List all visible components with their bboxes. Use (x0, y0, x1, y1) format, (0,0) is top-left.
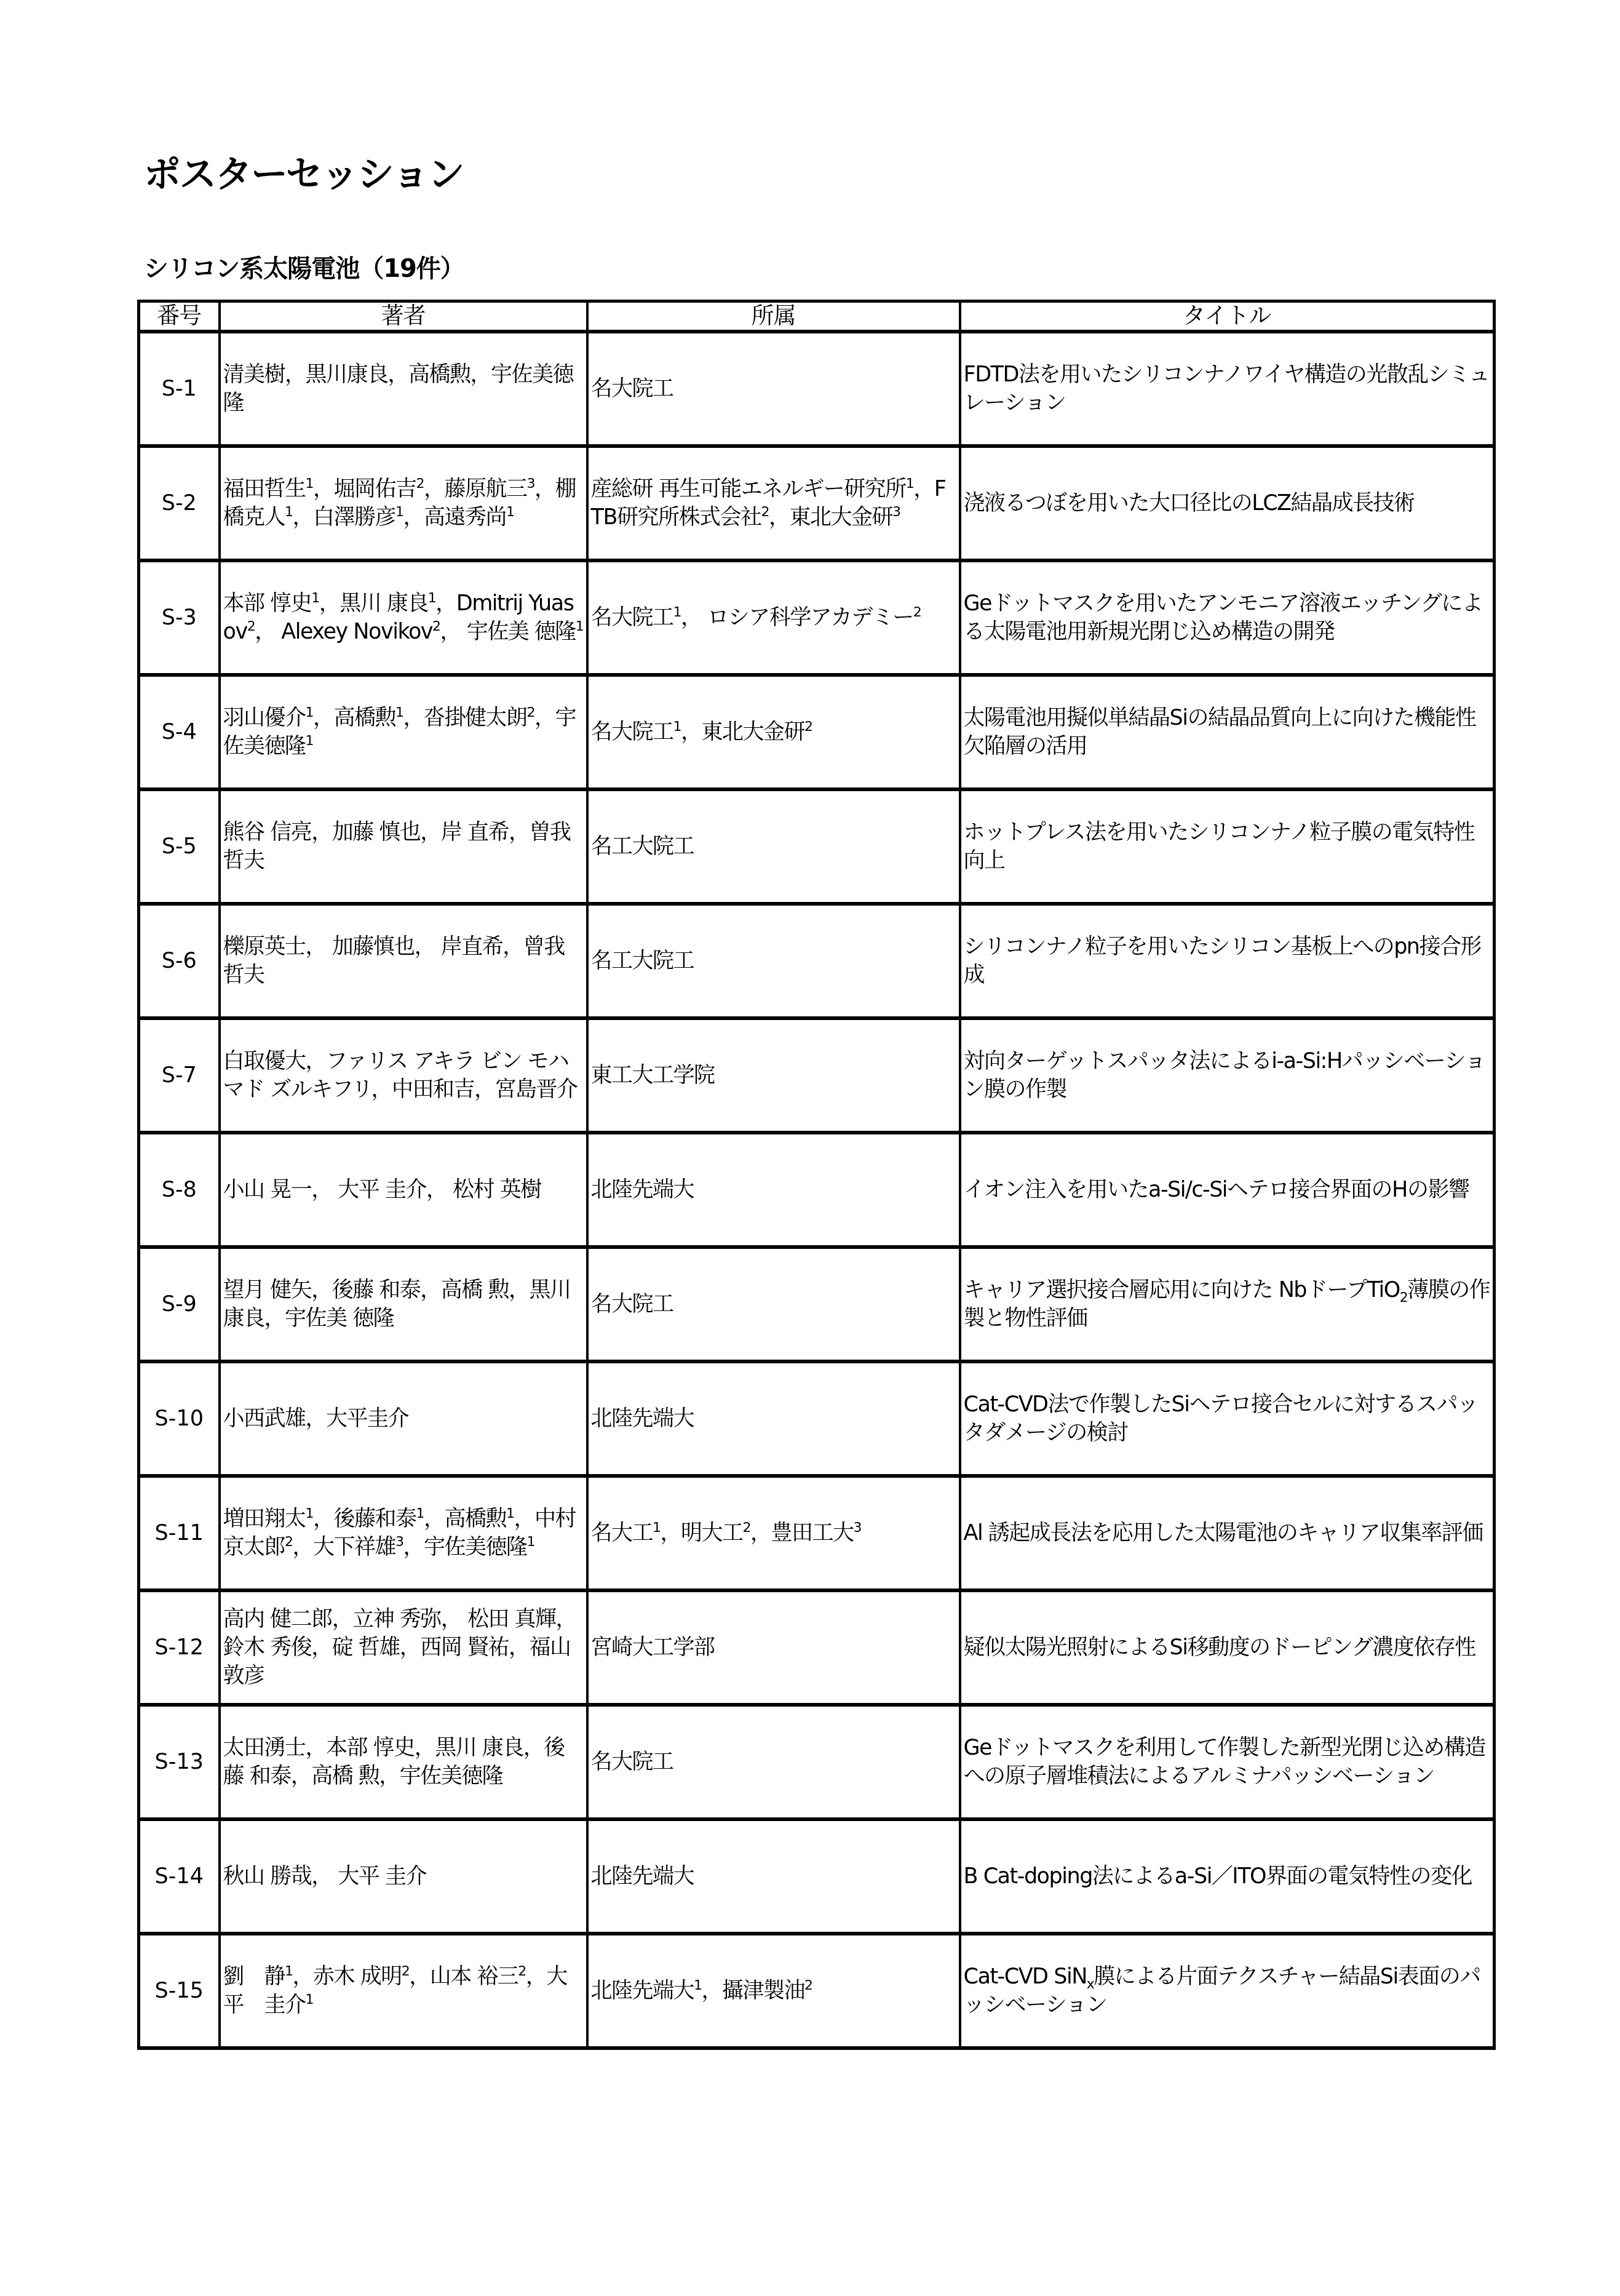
table-row: S-13太田湧士，本部 惇史，黒川 康良，後藤 和泰，高橋 勲，宇佐美徳隆名大院… (139, 1705, 1495, 1819)
header-authors: 著者 (220, 301, 587, 332)
cell-authors: 増田翔太1，後藤和泰1，高橋勲1，中村京太郎2，大下祥雄3，宇佐美徳隆1 (220, 1476, 587, 1590)
cell-authors: 高内 健二郎，立神 秀弥， 松田 真輝， 鈴木 秀俊，碇 哲雄，西岡 賢祐，福山… (220, 1590, 587, 1705)
cell-authors: 秋山 勝哉， 大平 圭介 (220, 1819, 587, 1934)
cell-affiliation: 産総研 再生可能エネルギー研究所1，FTB研究所株式会社2，東北大金研3 (587, 446, 960, 560)
table-row: S-14秋山 勝哉， 大平 圭介北陸先端大B Cat-doping法によるa-S… (139, 1819, 1495, 1934)
cell-authors: 望月 健矢，後藤 和泰，高橋 勲，黒川 康良，宇佐美 徳隆 (220, 1247, 587, 1361)
cell-number: S-4 (139, 675, 220, 789)
cell-authors: 劉 静1，赤木 成明2，山本 裕三2，大平 圭介1 (220, 1934, 587, 2048)
cell-authors: 小西武雄，大平圭介 (220, 1361, 587, 1476)
cell-authors: 白取優大，ファリス アキラ ビン モハマド ズルキフリ，中田和吉，宮島晋介 (220, 1018, 587, 1133)
cell-title: 太陽電池用擬似単結晶Siの結晶品質向上に向けた機能性欠陥層の活用 (960, 675, 1495, 789)
cell-number: S-8 (139, 1133, 220, 1247)
page-title: ポスターセッション (144, 151, 464, 198)
table-row: S-1清美樹，黒川康良，高橋勲，宇佐美徳隆名大院工FDTD法を用いたシリコンナノ… (139, 332, 1495, 446)
cell-number: S-15 (139, 1934, 220, 2048)
cell-title: 対向ターゲットスパッタ法によるi-a-Si:Hパッシベーション膜の作製 (960, 1018, 1495, 1133)
table-row: S-6櫟原英士， 加藤慎也， 岸直希，曾我哲夫名工大院工シリコンナノ粒子を用いた… (139, 904, 1495, 1018)
cell-affiliation: 名大院工 (587, 332, 960, 446)
cell-title: Geドットマスクを用いたアンモニア溶液エッチングによる太陽電池用新規光閉じ込め構… (960, 560, 1495, 675)
table-row: S-9望月 健矢，後藤 和泰，高橋 勲，黒川 康良，宇佐美 徳隆名大院工キャリア… (139, 1247, 1495, 1361)
cell-authors: 清美樹，黒川康良，高橋勲，宇佐美徳隆 (220, 332, 587, 446)
cell-affiliation: 名大院工 (587, 1247, 960, 1361)
table-body: S-1清美樹，黒川康良，高橋勲，宇佐美徳隆名大院工FDTD法を用いたシリコンナノ… (139, 332, 1495, 2048)
cell-authors: 福田哲生1，堀岡佑吉2，藤原航三3，棚橋克人1，白澤勝彦1，高遠秀尚1 (220, 446, 587, 560)
cell-number: S-9 (139, 1247, 220, 1361)
cell-authors: 羽山優介1，高橋勲1，沓掛健太朗2，宇佐美徳隆1 (220, 675, 587, 789)
table-row: S-7白取優大，ファリス アキラ ビン モハマド ズルキフリ，中田和吉，宮島晋介… (139, 1018, 1495, 1133)
cell-affiliation: 名工大院工 (587, 789, 960, 904)
cell-title: 疑似太陽光照射によるSi移動度のドーピング濃度依存性 (960, 1590, 1495, 1705)
header-affiliation: 所属 (587, 301, 960, 332)
header-title: タイトル (960, 301, 1495, 332)
cell-title: ホットプレス法を用いたシリコンナノ粒子膜の電気特性向上 (960, 789, 1495, 904)
table-row: S-12高内 健二郎，立神 秀弥， 松田 真輝， 鈴木 秀俊，碇 哲雄，西岡 賢… (139, 1590, 1495, 1705)
cell-affiliation: 北陸先端大1，攝津製油2 (587, 1934, 960, 2048)
cell-authors: 熊谷 信亮，加藤 慎也，岸 直希，曽我 哲夫 (220, 789, 587, 904)
cell-authors: 太田湧士，本部 惇史，黒川 康良，後藤 和泰，高橋 勲，宇佐美徳隆 (220, 1705, 587, 1819)
cell-number: S-5 (139, 789, 220, 904)
cell-number: S-13 (139, 1705, 220, 1819)
table-header-row: 番号 著者 所属 タイトル (139, 301, 1495, 332)
cell-number: S-11 (139, 1476, 220, 1590)
cell-title: Geドットマスクを利用して作製した新型光閉じ込め構造への原子層堆積法によるアルミ… (960, 1705, 1495, 1819)
cell-affiliation: 宮崎大工学部 (587, 1590, 960, 1705)
table-row: S-5熊谷 信亮，加藤 慎也，岸 直希，曽我 哲夫名工大院工ホットプレス法を用い… (139, 789, 1495, 904)
cell-title: キャリア選択接合層応用に向けた NbドープTiO2薄膜の作製と物性評価 (960, 1247, 1495, 1361)
cell-title: FDTD法を用いたシリコンナノワイヤ構造の光散乱シミュレーション (960, 332, 1495, 446)
cell-title: シリコンナノ粒子を用いたシリコン基板上へのpn接合形成 (960, 904, 1495, 1018)
section-title: シリコン系太陽電池（19件） (144, 252, 464, 285)
cell-authors: 櫟原英士， 加藤慎也， 岸直希，曾我哲夫 (220, 904, 587, 1018)
header-number: 番号 (139, 301, 220, 332)
cell-affiliation: 北陸先端大 (587, 1133, 960, 1247)
cell-number: S-3 (139, 560, 220, 675)
cell-affiliation: 名工大院工 (587, 904, 960, 1018)
cell-affiliation: 北陸先端大 (587, 1819, 960, 1934)
cell-affiliation: 名大工1，明大工2，豊田工大3 (587, 1476, 960, 1590)
cell-title: B Cat-doping法によるa-Si／ITO界面の電気特性の変化 (960, 1819, 1495, 1934)
cell-affiliation: 名大院工 (587, 1705, 960, 1819)
cell-number: S-10 (139, 1361, 220, 1476)
cell-affiliation: 名大院工1，東北大金研2 (587, 675, 960, 789)
cell-authors: 本部 惇史1，黒川 康良1，Dmitrij Yuasov2， Alexey No… (220, 560, 587, 675)
table-row: S-11増田翔太1，後藤和泰1，高橋勲1，中村京太郎2，大下祥雄3，宇佐美徳隆1… (139, 1476, 1495, 1590)
cell-authors: 小山 晃一， 大平 圭介， 松村 英樹 (220, 1133, 587, 1247)
cell-number: S-12 (139, 1590, 220, 1705)
poster-session-table: 番号 著者 所属 タイトル S-1清美樹，黒川康良，高橋勲，宇佐美徳隆名大院工F… (137, 300, 1496, 2050)
table-row: S-8小山 晃一， 大平 圭介， 松村 英樹北陸先端大イオン注入を用いたa-Si… (139, 1133, 1495, 1247)
cell-number: S-6 (139, 904, 220, 1018)
cell-number: S-2 (139, 446, 220, 560)
cell-affiliation: 東工大工学院 (587, 1018, 960, 1133)
cell-number: S-1 (139, 332, 220, 446)
cell-affiliation: 名大院工1， ロシア科学アカデミー2 (587, 560, 960, 675)
cell-title: Al 誘起成長法を応用した太陽電池のキャリア収集率評価 (960, 1476, 1495, 1590)
cell-number: S-14 (139, 1819, 220, 1934)
cell-title: Cat-CVD法で作製したSiヘテロ接合セルに対するスパッタダメージの検討 (960, 1361, 1495, 1476)
table-row: S-15劉 静1，赤木 成明2，山本 裕三2，大平 圭介1北陸先端大1，攝津製油… (139, 1934, 1495, 2048)
cell-title: イオン注入を用いたa-Si/c-Siヘテロ接合界面のHの影響 (960, 1133, 1495, 1247)
table-row: S-4羽山優介1，高橋勲1，沓掛健太朗2，宇佐美徳隆1名大院工1，東北大金研2太… (139, 675, 1495, 789)
table-row: S-10小西武雄，大平圭介北陸先端大Cat-CVD法で作製したSiヘテロ接合セル… (139, 1361, 1495, 1476)
cell-number: S-7 (139, 1018, 220, 1133)
cell-title: Cat-CVD SiNx膜による片面テクスチャー結晶Si表面のパッシベーション (960, 1934, 1495, 2048)
table-row: S-2福田哲生1，堀岡佑吉2，藤原航三3，棚橋克人1，白澤勝彦1，高遠秀尚1産総… (139, 446, 1495, 560)
cell-title: 浇液るつぼを用いた大口径比のLCZ結晶成長技術 (960, 446, 1495, 560)
table-row: S-3本部 惇史1，黒川 康良1，Dmitrij Yuasov2， Alexey… (139, 560, 1495, 675)
cell-affiliation: 北陸先端大 (587, 1361, 960, 1476)
